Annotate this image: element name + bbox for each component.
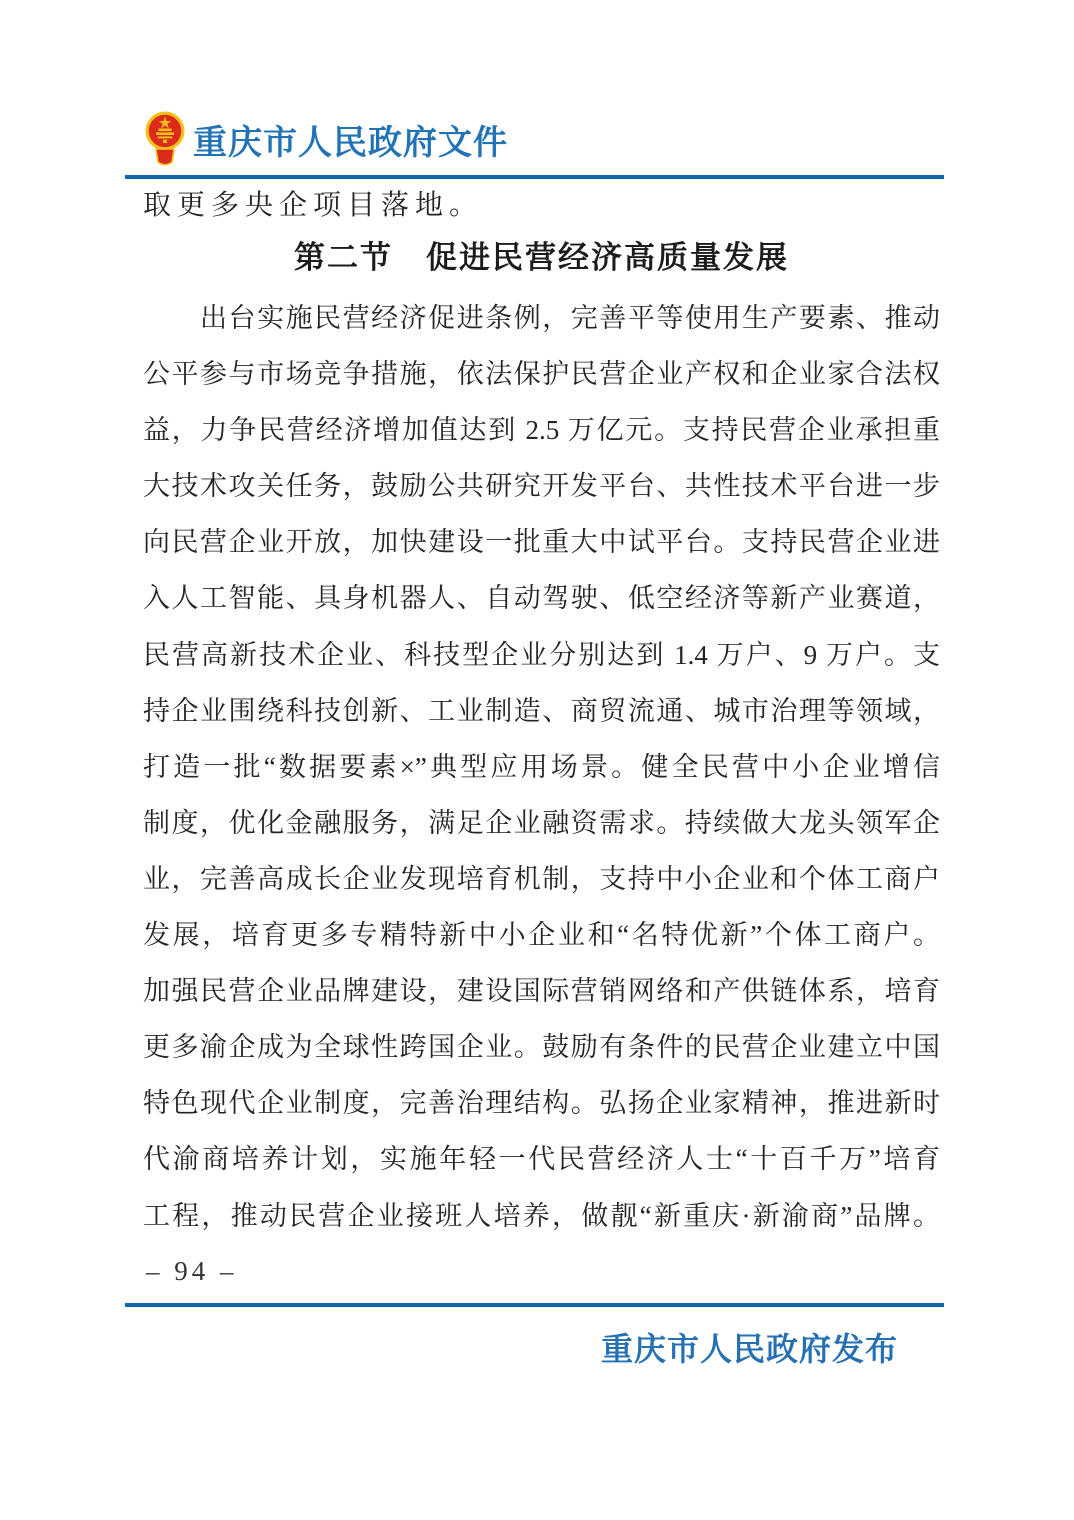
paragraph-tail-line: 取更多央企项目落地。 xyxy=(143,183,940,229)
body-line: 民营高新技术企业、科技型企业分别达到 1.4 万户、9 万户。支 xyxy=(143,627,940,683)
footer-divider-rule xyxy=(125,1303,944,1307)
body-line: 大技术攻关任务，鼓励公共研究开发平台、共性技术平台进一步 xyxy=(143,458,940,514)
body-line: 更多渝企成为全球性跨国企业。鼓励有条件的民营企业建立中国 xyxy=(143,1019,940,1075)
body-line: 工程，推动民营企业接班人培养，做靓“新重庆·新渝商”品牌。 xyxy=(143,1188,940,1244)
document-header: 重庆市人民政府文件 xyxy=(144,110,508,168)
page-number: – 94 – xyxy=(146,1256,238,1287)
section-title: 第二节 促进民营经济高质量发展 xyxy=(143,236,940,280)
body-line: 向民营企业开放，加快建设一批重大中试平台。支持民营企业进 xyxy=(143,514,940,570)
body-line: 持企业围绕科技创新、工业制造、商贸流通、城市治理等领域， xyxy=(143,683,940,739)
body-line: 打造一批“数据要素×”典型应用场景。健全民营中小企业增信 xyxy=(143,739,940,795)
body-line: 发展，培育更多专精特新中小企业和“名特优新”个体工商户。 xyxy=(143,907,940,963)
body-line: 入人工智能、具身机器人、自动驾驶、低空经济等新产业赛道， xyxy=(143,570,940,626)
footer-publisher: 重庆市人民政府发布 xyxy=(601,1324,898,1370)
body-text-block: 出台实施民营经济促进条例，完善平等使用生产要素、推动 公平参与市场竞争措施，依法… xyxy=(143,290,940,1244)
body-line: 业，完善高成长企业发现培育机制，支持中小企业和个体工商户 xyxy=(143,851,940,907)
body-line: 益，力争民营经济增加值达到 2.5 万亿元。支持民营企业承担重 xyxy=(143,402,940,458)
china-national-emblem-icon xyxy=(144,110,186,168)
body-line: 出台实施民营经济促进条例，完善平等使用生产要素、推动 xyxy=(143,290,940,346)
body-line: 公平参与市场竞争措施，依法保护民营企业产权和企业家合法权 xyxy=(143,346,940,402)
header-divider-rule xyxy=(125,175,944,179)
body-line: 特色现代企业制度，完善治理结构。弘扬企业家精神，推进新时 xyxy=(143,1075,940,1131)
body-line: 代渝商培养计划，实施年轻一代民营经济人士“十百千万”培育 xyxy=(143,1131,940,1187)
body-line: 加强民营企业品牌建设，建设国际营销网络和产供链体系，培育 xyxy=(143,963,940,1019)
body-line: 制度，优化金融服务，满足企业融资需求。持续做大龙头领军企 xyxy=(143,795,940,851)
document-page: 重庆市人民政府文件 取更多央企项目落地。 第二节 促进民营经济高质量发展 出台实… xyxy=(0,0,1074,1520)
header-org-title: 重庆市人民政府文件 xyxy=(193,115,508,164)
